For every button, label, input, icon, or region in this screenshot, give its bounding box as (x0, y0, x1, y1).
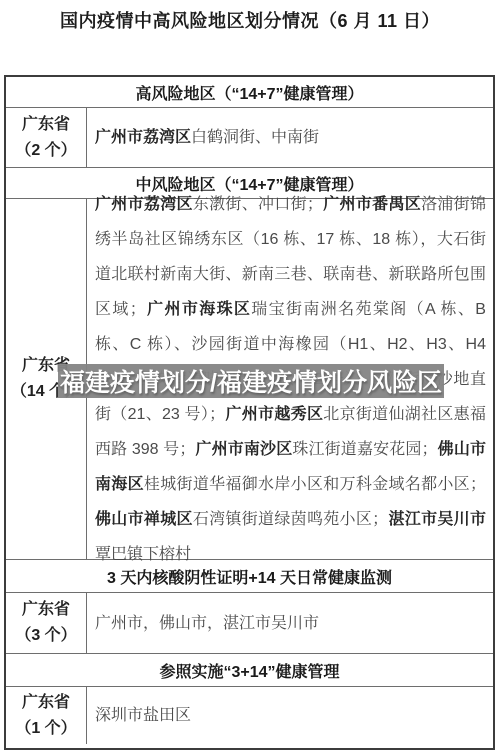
province-cell: 广东省 （1 个） (6, 687, 87, 744)
area-text: 深圳市盐田区 (95, 701, 486, 730)
area-text: 广州市荔湾区白鹤洞街、中南街 (95, 123, 486, 152)
section-header-reference-314: 参照实施“3+14”健康管理 (6, 654, 493, 687)
province-count: （3 个） (15, 623, 76, 649)
province-count: （2 个） (15, 138, 76, 164)
area-cell: 广州市，佛山市，湛江市吴川市 (87, 593, 493, 653)
table-row: 广东省 （2 个） 广州市荔湾区白鹤洞街、中南街 (6, 108, 493, 168)
province-name: 广东省 (22, 597, 70, 623)
watermark-text: 福建疫情划分/福建疫情划分风险区 (60, 363, 442, 399)
page: 国内疫情中高风险地区划分情况（6 月 11 日） 高风险地区（“14+7”健康管… (0, 0, 500, 756)
table-row: 广东省 （1 个） 深圳市盐田区 (6, 687, 493, 744)
area-cell: 广州市荔湾区白鹤洞街、中南街 (87, 108, 493, 167)
province-cell: 广东省 （3 个） (6, 593, 87, 653)
risk-area-table: 高风险地区（“14+7”健康管理） 广东省 （2 个） 广州市荔湾区白鹤洞街、中… (4, 75, 495, 750)
province-name: 广东省 (22, 690, 70, 716)
area-cell: 深圳市盐田区 (87, 687, 493, 744)
table-row: 广东省 （3 个） 广州市，佛山市，湛江市吴川市 (6, 593, 493, 654)
province-cell: 广东省 （2 个） (6, 108, 87, 167)
section-header-high-risk: 高风险地区（“14+7”健康管理） (6, 77, 493, 108)
watermark-band: 福建疫情划分/福建疫情划分风险区 (58, 364, 444, 398)
area-text: 广州市，佛山市，湛江市吴川市 (95, 609, 486, 638)
province-count: （1 个） (15, 716, 76, 742)
page-title: 国内疫情中高风险地区划分情况（6 月 11 日） (0, 7, 500, 33)
province-name: 广东省 (22, 112, 70, 138)
